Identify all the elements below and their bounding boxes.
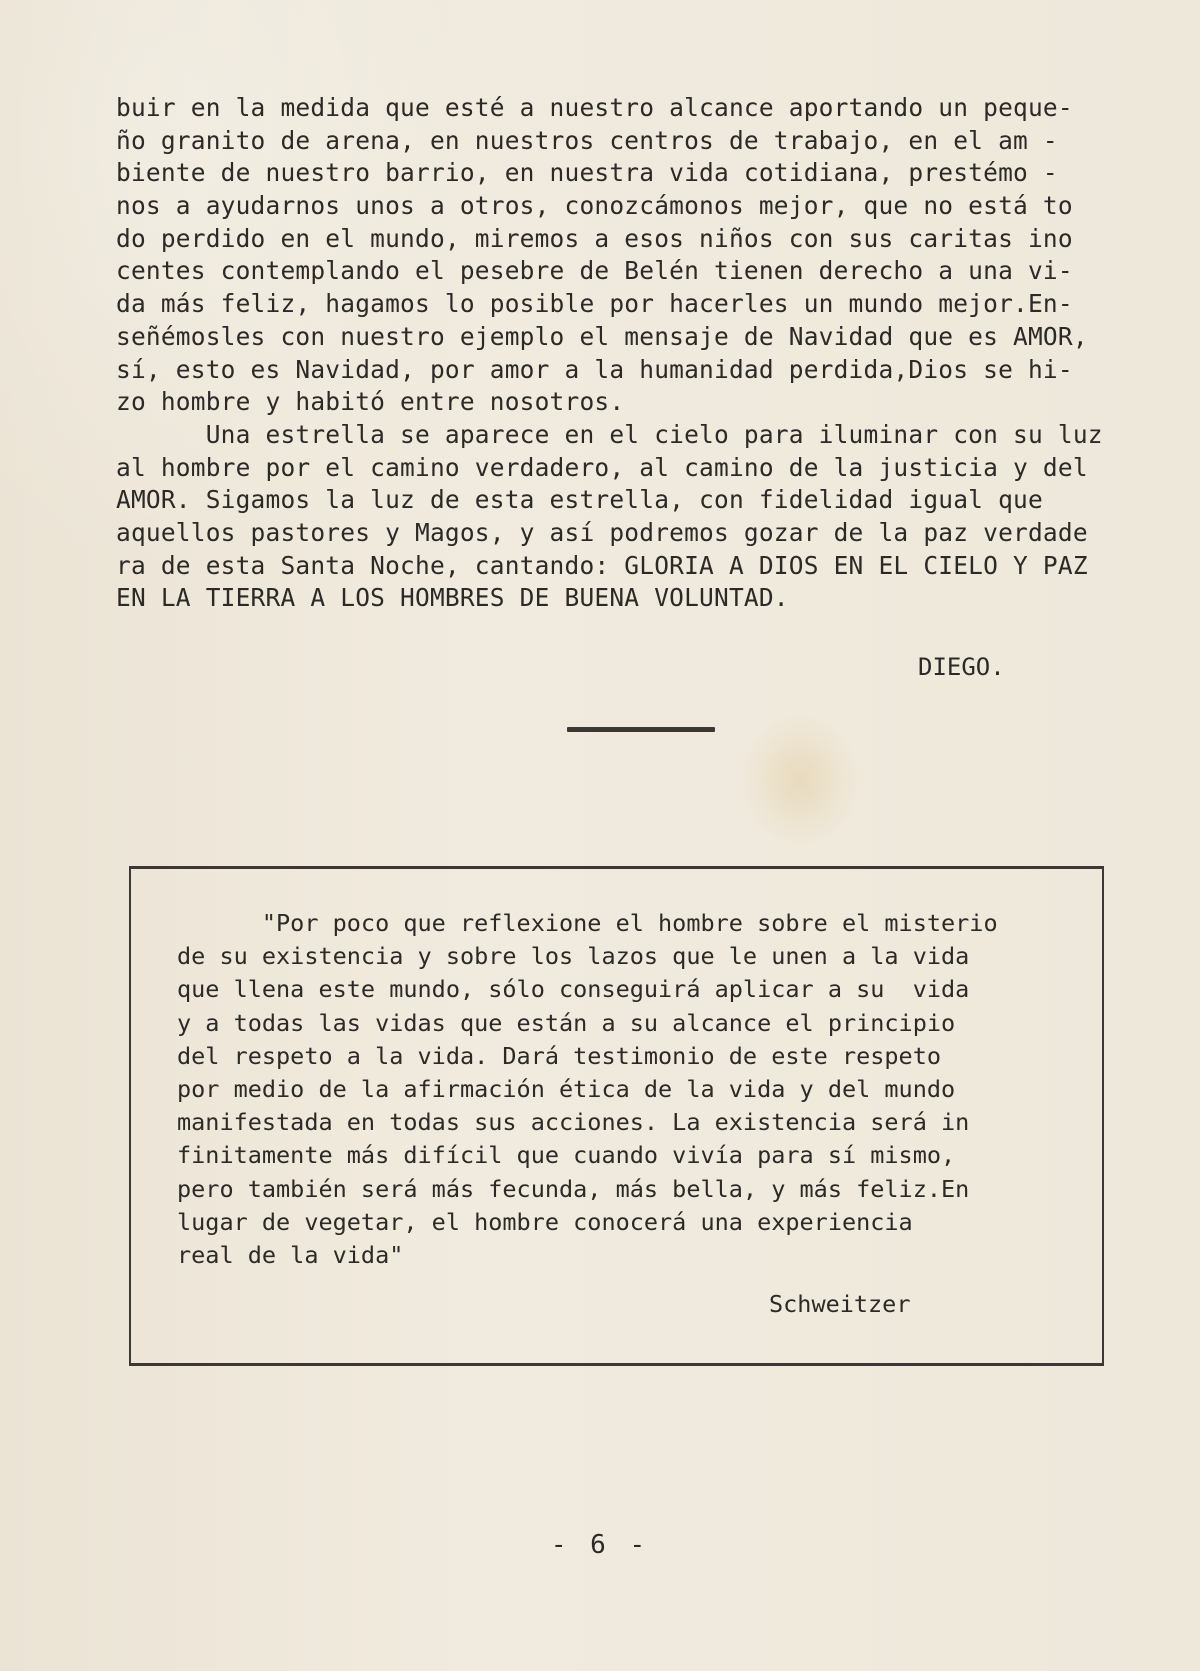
quote-line: por medio de la afirmación ética de la v… [177,1073,1077,1106]
quote-line: del respeto a la vida. Dará testimonio d… [177,1040,1077,1073]
quote-text: "Por poco que reflexione el hombre sobre… [177,907,1077,1272]
article-line: Una estrella se aparece en el cielo para… [116,419,1146,452]
quote-line: "Por poco que reflexione el hombre sobre… [177,907,1077,940]
quote-line: finitamente más difícil que cuando vivía… [177,1139,1077,1172]
article-line: AMOR. Sigamos la luz de esta estrella, c… [116,484,1146,517]
quote-line: que llena este mundo, sólo conseguirá ap… [177,973,1077,1006]
article-line: do perdido en el mundo, miremos a esos n… [116,223,1146,256]
article-line: al hombre por el camino verdadero, al ca… [116,452,1146,485]
section-divider [567,727,715,732]
quote-line: lugar de vegetar, el hombre conocerá una… [177,1206,1077,1239]
article-line: biente de nuestro barrio, en nuestra vid… [116,157,1146,190]
article-line: nos a ayudarnos unos a otros, conozcámon… [116,190,1146,223]
article-line: da más feliz, hagamos lo posible por hac… [116,288,1146,321]
article-line: ño granito de arena, en nuestros centros… [116,125,1146,158]
quote-line: pero también será más fecunda, más bella… [177,1173,1077,1206]
author-signature: DIEGO. [918,652,1005,682]
quote-line: real de la vida" [177,1239,1077,1272]
article-line: señémosles con nuestro ejemplo el mensaj… [116,321,1146,354]
page-number: - 6 - [0,1530,1200,1560]
quote-author: Schweitzer [769,1289,910,1319]
article-line: buir en la medida que esté a nuestro alc… [116,92,1146,125]
article-line: centes contemplando el pesebre de Belén … [116,255,1146,288]
quote-line: y a todas las vidas que están a su alcan… [177,1007,1077,1040]
article-line: zo hombre y habitó entre nosotros. [116,386,1146,419]
quote-box: "Por poco que reflexione el hombre sobre… [129,866,1104,1366]
quote-line: de su existencia y sobre los lazos que l… [177,940,1077,973]
quote-line: manifestada en todas sus acciones. La ex… [177,1106,1077,1139]
article-body: buir en la medida que esté a nuestro alc… [116,92,1146,615]
article-line: aquellos pastores y Magos, y así podremo… [116,517,1146,550]
article-line: ra de esta Santa Noche, cantando: GLORIA… [116,550,1146,583]
article-line: sí, esto es Navidad, por amor a la human… [116,354,1146,387]
article-line: EN LA TIERRA A LOS HOMBRES DE BUENA VOLU… [116,582,1146,615]
